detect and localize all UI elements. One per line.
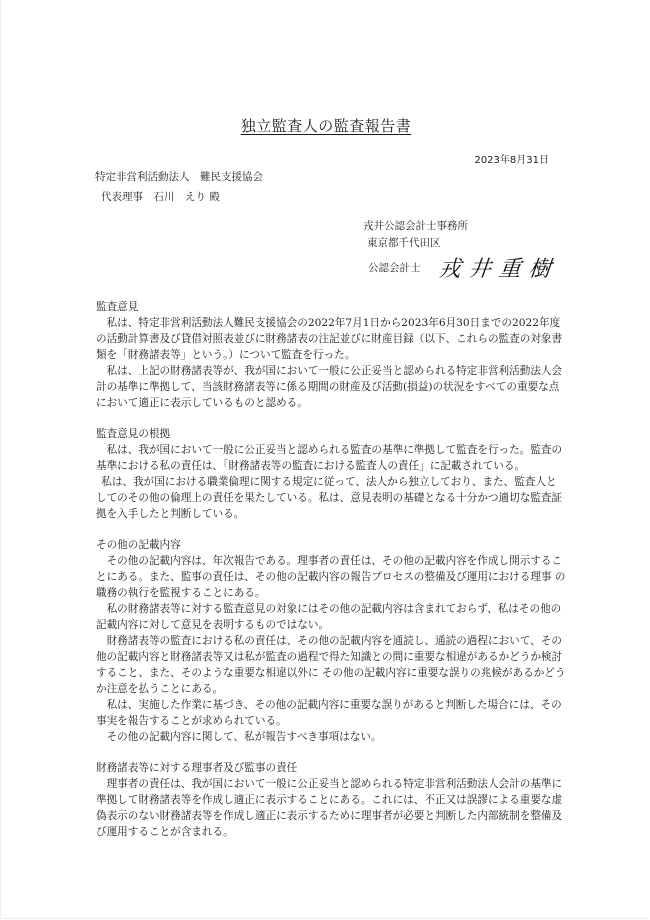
auditor-title: 公認会計士 — [368, 260, 421, 275]
report-date: 2023年8月31日 — [474, 151, 549, 166]
auditor-firm-name: 戎井公認会計士事務所 — [363, 218, 468, 235]
handwritten-signature: 戎井重樹 — [437, 252, 560, 283]
paragraph: 私の財務諸表等に対する監査意見の対象にはその他の記載内容は含まれておらず、私はそ… — [96, 601, 566, 633]
document-title: 独立監査人の監査報告書 — [1, 115, 650, 136]
paragraph: 私は、実施した作業に基づき、その他の記載内容に重要な誤りがあると判断した場合には… — [96, 697, 566, 729]
paragraph: その他の記載内容は、年次報告である。理事者の責任は、その他の記載内容を作成し開示… — [96, 553, 566, 601]
section-management-responsibility: 財務諸表等に対する理事者及び監事の責任 理事者の責任は、我が国において一般に公正… — [96, 760, 566, 840]
auditor-firm-block: 戎井公認会計士事務所 東京都千代田区 — [363, 218, 468, 252]
addressee-organization: 特定非営利活動法人 難民支援協会 — [95, 167, 263, 187]
report-body: 監査意見 私は、特定非営利活動法人難民支援協会の2022年7月1日から2023年… — [96, 299, 566, 855]
section-heading: その他の記載内容 — [96, 537, 566, 553]
paragraph: 私は、上記の財務諸表等が、我が国において一般に公正妥当と認められる特定非営利活動… — [96, 363, 566, 411]
section-audit-opinion: 監査意見 私は、特定非営利活動法人難民支援協会の2022年7月1日から2023年… — [96, 299, 566, 411]
paragraph: 私は、我が国において一般に公正妥当と認められる監査の基準に準拠して監査を行った。… — [96, 442, 566, 474]
auditor-signature-row: 公認会計士 戎井重樹 — [368, 252, 559, 283]
paragraph: 財務諸表等の監査における私の責任は、その他の記載内容を通読し、通読の過程において… — [96, 633, 566, 697]
paragraph: 私は、我が国における職業倫理に関する規定に従って、法人から独立しており、また、監… — [96, 474, 566, 522]
scanned-document-page: 独立監査人の監査報告書 2023年8月31日 特定非営利活動法人 難民支援協会 … — [0, 0, 649, 919]
addressee-block: 特定非営利活動法人 難民支援協会 代表理事 石川 えり 殿 — [95, 167, 263, 207]
section-heading: 財務諸表等に対する理事者及び監事の責任 — [96, 760, 566, 776]
paragraph: その他の記載内容に関して、私が報告すべき事項はない。 — [96, 729, 566, 745]
document-title-text: 独立監査人の監査報告書 — [241, 117, 412, 135]
section-basis-for-opinion: 監査意見の根拠 私は、我が国において一般に公正妥当と認められる監査の基準に準拠し… — [96, 426, 566, 522]
section-other-information: その他の記載内容 その他の記載内容は、年次報告である。理事者の責任は、その他の記… — [96, 537, 566, 745]
auditor-firm-address: 東京都千代田区 — [363, 235, 468, 252]
section-heading: 監査意見 — [96, 299, 566, 315]
addressee-representative: 代表理事 石川 えり 殿 — [95, 187, 263, 207]
section-heading: 監査意見の根拠 — [96, 426, 566, 442]
paragraph: 理事者の責任は、我が国において一般に公正妥当と認められる特定非営利活動法人会計の… — [96, 776, 566, 840]
paragraph: 私は、特定非営利活動法人難民支援協会の2022年7月1日から2023年6月30日… — [96, 315, 566, 363]
